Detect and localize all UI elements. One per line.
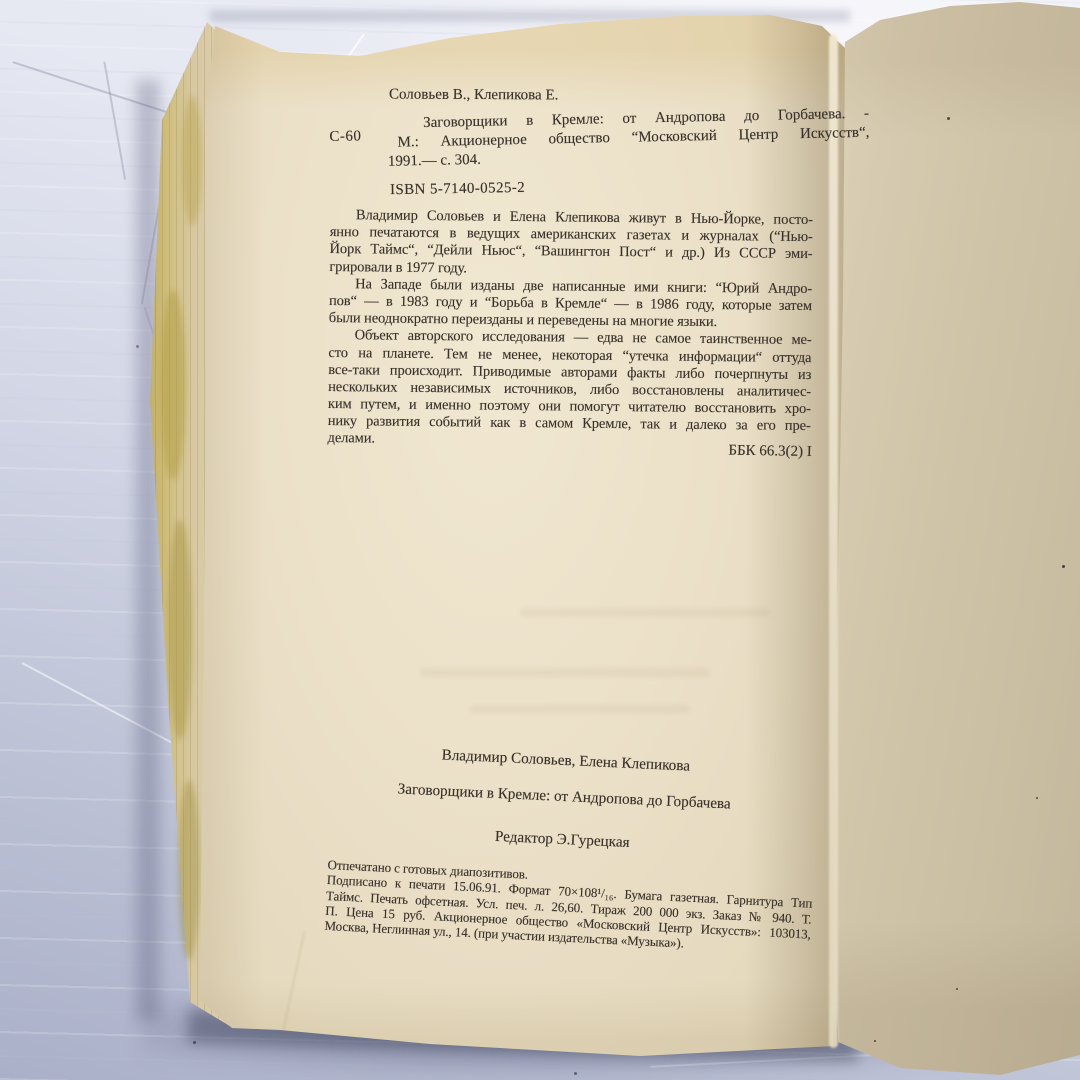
colophon-editor: Редактор Э.Гурецкая: [319, 820, 806, 860]
colophon-title: Заговорщики в Кремле: от Андропова до Го…: [321, 777, 808, 817]
catalog-lines: Заговорщики в Кремле: от Андропова до Го…: [397, 105, 870, 172]
bbk-classification: ББК 66.3(2) I: [590, 440, 812, 461]
isbn-line: ISBN 5-7140-0525-2: [390, 180, 525, 199]
annotation-block: Владимир Соловьев и Елена Клепикова живу…: [327, 207, 812, 453]
photo-of-open-book: { "colors": { "table": "#d9dcea", "table…: [0, 0, 1080, 1080]
colophon-authors: Владимир Соловьев, Елена Клепикова: [322, 741, 809, 781]
imprint-block: Отпечатано с готовых диапозитивов. Подпи…: [324, 857, 813, 957]
catalog-header-authors: Соловьев В., Клепикова Е.: [389, 87, 558, 105]
catalog-code: С-60: [329, 128, 361, 146]
printed-text-layer: Соловьев В., Клепикова Е. С-60 Заговорщи…: [0, 0, 1080, 1080]
catalog-card-block: С-60 Заговорщики в Кремле: от Андропова …: [329, 105, 875, 116]
colophon-titles-block: Владимир Соловьев, Елена Клепикова Загов…: [323, 741, 809, 763]
